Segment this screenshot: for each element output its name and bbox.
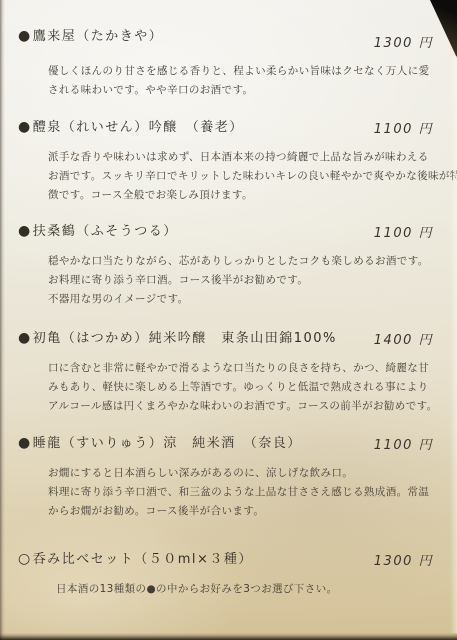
desc-line: 日本酒の13種類の●の中からお好みを3つお選び下さい。: [56, 580, 433, 599]
menu-item: ●醴泉（れいせん）吟醸 （養老） 1100 円 派手な香りや味わいは求めず、日本…: [18, 116, 433, 205]
menu-item-title: ●醴泉（れいせん）吟醸 （養老）: [18, 116, 244, 135]
desc-line: 徴です。コース全般でお楽しみ頂けます。: [48, 186, 433, 205]
filled-circle-bullet-icon: ●: [18, 119, 32, 135]
desc-line: 穏やかな口当たりながら、芯がありしっかりとしたコクも楽しめるお酒です。: [48, 252, 433, 271]
desc-line: アルコール感は円くまろやかな味わいのお酒です。コースの前半がお勧めです。: [48, 397, 433, 416]
desc-line: みもあり、軽快に楽しめる上等酒です。ゆっくりと低温で熟成される事により: [48, 378, 433, 397]
menu-item-description: 日本酒の13種類の●の中からお好みを3つお選び下さい。: [18, 580, 433, 599]
paper-right-edge: [450, 56, 457, 633]
menu-item-header: ●扶桑鶴（ふそうつる） 1100 円: [18, 220, 433, 241]
menu-item-description: 穏やかな口当たりながら、芯がありしっかりとしたコクも楽しめるお酒です。 お料理に…: [18, 252, 433, 309]
filled-circle-bullet-icon: ●: [18, 330, 32, 346]
open-circle-bullet-icon: ○: [18, 551, 32, 567]
menu-item-header: ○呑み比べセット（５０ml×３種） 1300 円: [18, 548, 433, 569]
sake-menu-photo: ●鷹来屋（たかきや） 1300 円 優しくほんのり甘さを感じる香りと、程よい柔ら…: [0, 0, 457, 640]
paper-bottom-edge: [0, 633, 457, 640]
menu-item: ●鷹来屋（たかきや） 1300 円 優しくほんのり甘さを感じる香りと、程よい柔ら…: [18, 25, 433, 100]
menu-item-price: 1300 円: [374, 550, 433, 569]
menu-item-name: 醴泉（れいせん）吟醸 （養老）: [33, 120, 244, 135]
desc-line: 不器用な男のイメージです。: [48, 290, 433, 309]
menu-item-tasting-set: ○呑み比べセット（５０ml×３種） 1300 円 日本酒の13種類の●の中からお…: [18, 548, 433, 599]
desc-line: 料理に寄り添う辛口酒で、和三盆のような上品な甘ささえ感じる熟成酒。常温: [48, 483, 433, 502]
menu-item-name: 扶桑鶴（ふそうつる）: [33, 224, 178, 239]
filled-circle-bullet-icon: ●: [18, 435, 32, 451]
paper-left-edge: [0, 0, 5, 640]
menu-item-header: ●初亀（はつかめ）純米吟醸 東条山田錦100% 1400 円: [18, 327, 433, 348]
desc-line: お燗にすると日本酒らしい深みがあるのに、涼しげな飲み口。: [48, 464, 433, 483]
menu-item-title: ●睡龍（すいりゅう）涼 純米酒 （奈良）: [18, 432, 302, 451]
desc-line: からお燗がお勧め。コース後半が合います。: [48, 502, 433, 521]
menu-item-name: 初亀（はつかめ）純米吟醸 東条山田錦100%: [33, 331, 337, 346]
desc-line: お料理に寄り添う辛口酒。コース後半がお勧めです。: [48, 271, 433, 290]
menu-item-title: ●扶桑鶴（ふそうつる）: [18, 220, 178, 239]
menu-item-description: お燗にすると日本酒らしい深みがあるのに、涼しげな飲み口。 料理に寄り添う辛口酒で…: [18, 464, 433, 521]
menu-item-header: ●鷹来屋（たかきや） 1300 円: [18, 25, 433, 51]
menu-item-description: 優しくほんのり甘さを感じる香りと、程よい柔らかい旨味はクセなく万人に愛 される味…: [18, 62, 433, 100]
menu-item-description: 派手な香りや味わいは求めず、日本酒本来の持つ綺麗で上品な旨みが味わえる お酒です…: [18, 148, 433, 205]
menu-item: ●初亀（はつかめ）純米吟醸 東条山田錦100% 1400 円 口に含むと非常に軽…: [18, 327, 433, 416]
desc-line: 派手な香りや味わいは求めず、日本酒本来の持つ綺麗で上品な旨みが味わえる: [48, 148, 433, 167]
menu-item: ●睡龍（すいりゅう）涼 純米酒 （奈良） 1100 円 お燗にすると日本酒らしい…: [18, 432, 433, 521]
menu-item-price: 1400 円: [374, 329, 433, 348]
menu-item-title: ●初亀（はつかめ）純米吟醸 東条山田錦100%: [18, 327, 337, 346]
menu-item-title: ●鷹来屋（たかきや）: [18, 25, 163, 44]
desc-line: 口に含むと非常に軽やかで滑るような口当たりの良さを持ち、かつ、綺麗な甘: [48, 359, 433, 378]
menu-item-header: ●醴泉（れいせん）吟醸 （養老） 1100 円: [18, 116, 433, 137]
desc-line: される味わいです。やや辛口のお酒です。: [48, 81, 433, 100]
menu-item-description: 口に含むと非常に軽やかで滑るような口当たりの良さを持ち、かつ、綺麗な甘 みもあり…: [18, 359, 433, 416]
menu-item-price: 1100 円: [374, 118, 433, 137]
desc-line: お酒です。スッキリ辛口でキリットした味わいキレの良い軽やかで爽やかな後味が特: [48, 167, 433, 186]
menu-item-title: ○呑み比べセット（５０ml×３種）: [18, 548, 253, 567]
menu-item-price: 1100 円: [374, 222, 433, 241]
menu-item-name: 呑み比べセット（５０ml×３種）: [33, 552, 253, 567]
menu-item-header: ●睡龍（すいりゅう）涼 純米酒 （奈良） 1100 円: [18, 432, 433, 453]
menu-item-name: 鷹来屋（たかきや）: [33, 29, 164, 44]
menu-item-price: 1300 円: [374, 32, 433, 51]
menu-item: ●扶桑鶴（ふそうつる） 1100 円 穏やかな口当たりながら、芯がありしっかりと…: [18, 220, 433, 309]
filled-circle-bullet-icon: ●: [18, 223, 32, 239]
menu-item-name: 睡龍（すいりゅう）涼 純米酒 （奈良）: [33, 436, 302, 451]
desc-line: 優しくほんのり甘さを感じる香りと、程よい柔らかい旨味はクセなく万人に愛: [48, 62, 433, 81]
filled-circle-bullet-icon: ●: [18, 28, 32, 44]
menu-item-price: 1100 円: [374, 434, 433, 453]
